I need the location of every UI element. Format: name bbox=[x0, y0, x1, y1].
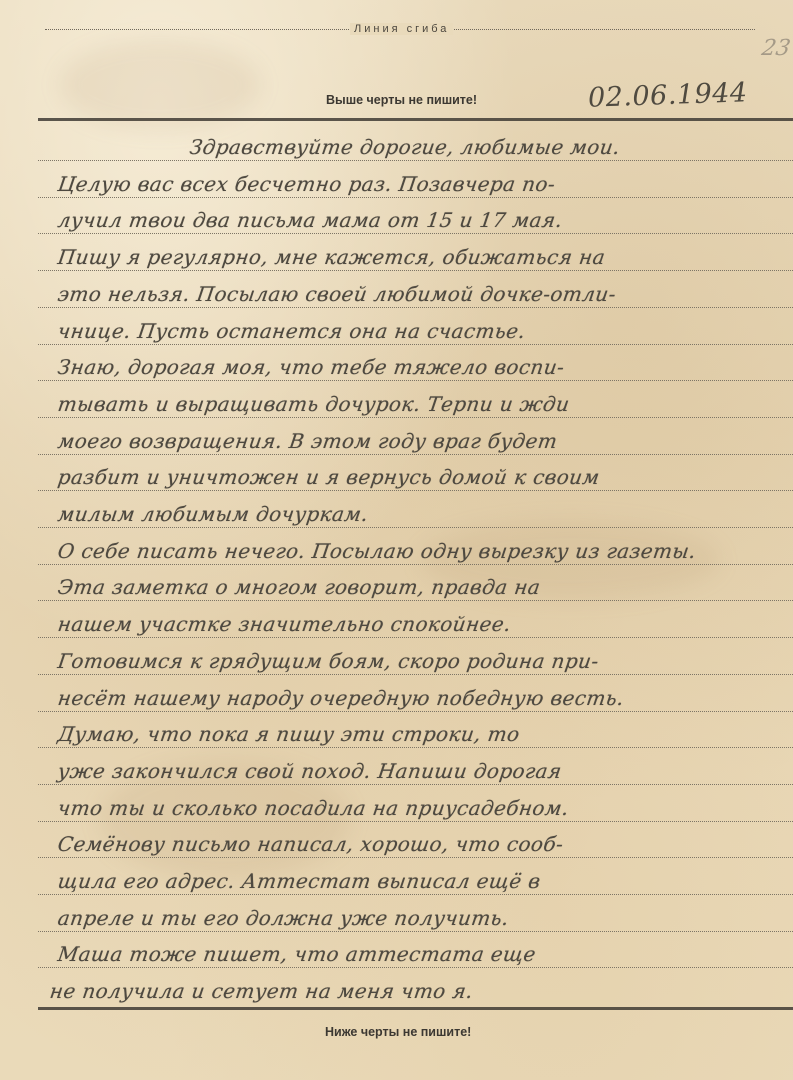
ruled-line: Знаю, дорогая моя, что тебе тяжело воспи… bbox=[38, 344, 793, 381]
ruled-line: это нельзя. Посылаю своей любимой дочке-… bbox=[38, 271, 793, 308]
ruled-line: не получила и сетует на меня что я. bbox=[38, 968, 793, 1004]
handwritten-line: милым любимым дочуркам. bbox=[56, 502, 370, 526]
handwritten-line: Готовимся к грядущим боям, скоро родина … bbox=[56, 649, 600, 673]
ruled-line: милым любимым дочуркам. bbox=[38, 491, 793, 528]
handwritten-line: Эта заметка о многом говорит, правда на bbox=[56, 575, 542, 599]
ruled-line: несёт нашему народу очередную победную в… bbox=[38, 675, 793, 712]
ruled-line: О себе писать нечего. Посылаю одну вырез… bbox=[38, 528, 793, 565]
handwritten-line: тывать и выращивать дочурок. Терпи и жди bbox=[56, 392, 571, 416]
handwritten-line: щила его адрес. Аттестат выписал ещё в bbox=[56, 869, 542, 893]
handwritten-line: О себе писать нечего. Посылаю одну вырез… bbox=[56, 539, 697, 563]
handwritten-body: Здравствуйте дорогие, любимые мои.Целую … bbox=[0, 0, 793, 1080]
ruled-line: Готовимся к грядущим боям, скоро родина … bbox=[38, 638, 793, 675]
handwritten-line: апреле и ты его должна уже получить. bbox=[56, 906, 510, 930]
bottom-rule bbox=[38, 1007, 793, 1010]
ruled-line: лучил твои два письма мама от 15 и 17 ма… bbox=[38, 197, 793, 234]
ruled-line: Здравствуйте дорогие, любимые мои. bbox=[38, 124, 793, 161]
ruled-line: щила его адрес. Аттестат выписал ещё в bbox=[38, 858, 793, 895]
ruled-line: уже закончился свой поход. Напиши дорога… bbox=[38, 748, 793, 785]
ruled-line: Эта заметка о многом говорит, правда на bbox=[38, 564, 793, 601]
handwritten-line: Здравствуйте дорогие, любимые мои. bbox=[188, 135, 621, 159]
handwritten-line: Целую вас всех бесчетно раз. Позавчера п… bbox=[56, 172, 557, 196]
ruled-line: разбит и уничтожен и я вернусь домой к с… bbox=[38, 454, 793, 491]
ruled-line: что ты и сколько посадила на приусадебно… bbox=[38, 785, 793, 822]
ruled-line: Пишу я регулярно, мне кажется, обижаться… bbox=[38, 234, 793, 271]
handwritten-line: Знаю, дорогая моя, что тебе тяжело воспи… bbox=[56, 355, 566, 379]
below-line-label: Ниже черты не пишите! bbox=[325, 1025, 471, 1039]
ruled-line: Целую вас всех бесчетно раз. Позавчера п… bbox=[38, 161, 793, 198]
handwritten-line: нашем участке значительно спокойнее. bbox=[56, 612, 512, 636]
ruled-line: тывать и выращивать дочурок. Терпи и жди bbox=[38, 381, 793, 418]
handwritten-line: Думаю, что пока я пишу эти строки, то bbox=[56, 722, 521, 746]
handwritten-line: не получила и сетует на меня что я. bbox=[48, 979, 474, 1003]
ruled-line: Маша тоже пишет, что аттестата еще bbox=[38, 931, 793, 968]
handwritten-line: это нельзя. Посылаю своей любимой дочке-… bbox=[56, 282, 617, 306]
ruled-line: Думаю, что пока я пишу эти строки, то bbox=[38, 711, 793, 748]
handwritten-line: чнице. Пусть останется она на счастье. bbox=[56, 319, 527, 343]
ruled-line: нашем участке значительно спокойнее. bbox=[38, 601, 793, 638]
handwritten-line: Маша тоже пишет, что аттестата еще bbox=[56, 942, 537, 966]
handwritten-line: разбит и уничтожен и я вернусь домой к с… bbox=[56, 465, 601, 489]
handwritten-line: лучил твои два письма мама от 15 и 17 ма… bbox=[56, 208, 564, 232]
handwritten-line: что ты и сколько посадила на приусадебно… bbox=[56, 796, 570, 820]
handwritten-line: моего возвращения. В этом году враг буде… bbox=[56, 429, 559, 453]
ruled-line: чнице. Пусть останется она на счастье. bbox=[38, 308, 793, 345]
handwritten-line: несёт нашему народу очередную победную в… bbox=[56, 686, 625, 710]
handwritten-line: уже закончился свой поход. Напиши дорога… bbox=[56, 759, 563, 783]
handwritten-line: Пишу я регулярно, мне кажется, обижаться… bbox=[56, 245, 607, 269]
ruled-line: Семёнову письмо написал, хорошо, что соо… bbox=[38, 821, 793, 858]
handwritten-line: Семёнову письмо написал, хорошо, что соо… bbox=[56, 832, 565, 856]
ruled-line: моего возвращения. В этом году враг буде… bbox=[38, 418, 793, 455]
ruled-line: апреле и ты его должна уже получить. bbox=[38, 895, 793, 932]
